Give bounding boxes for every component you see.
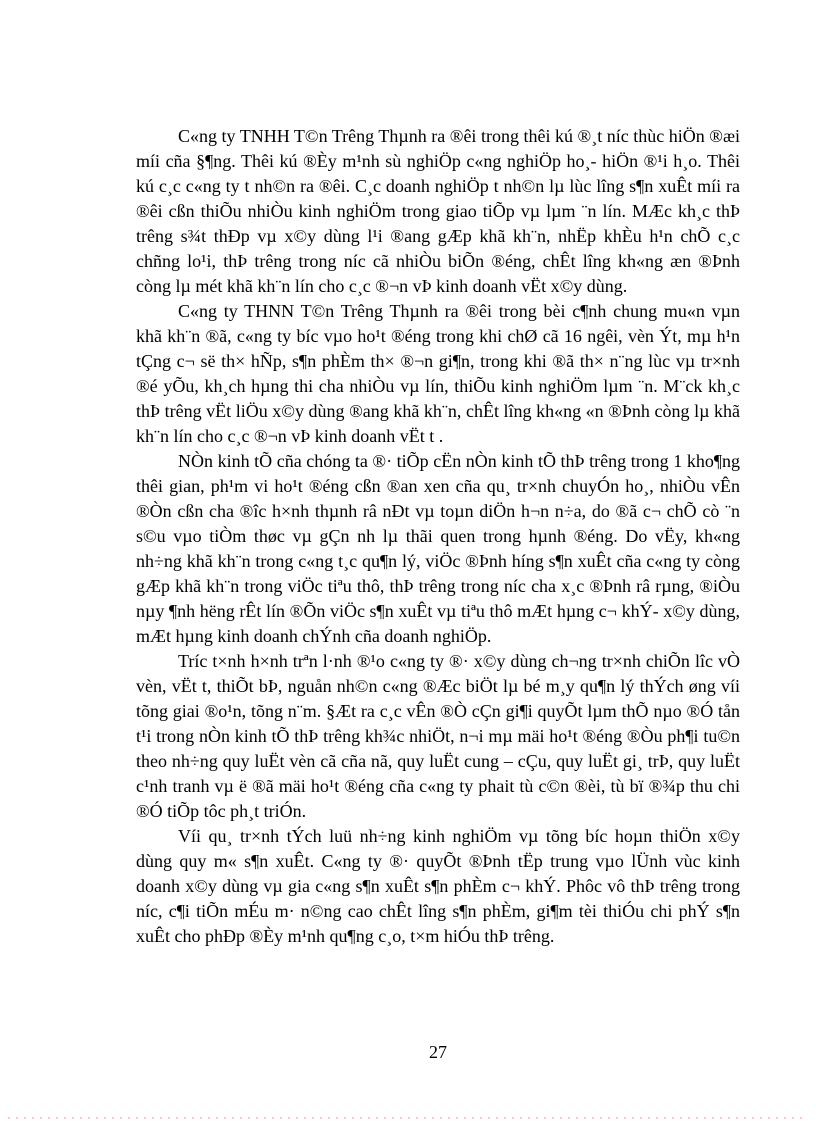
page-boundary-dotted-line [8, 1117, 808, 1119]
paragraph: Víi qu¸ tr×nh tÝch luü nh÷ng kinh nghiÖm… [136, 824, 740, 949]
page-number: 27 [136, 1041, 740, 1063]
paragraph: Tríc t×nh h×nh trªn l·nh ®¹o c«ng ty ®· … [136, 649, 740, 824]
paragraph: C«ng ty TNHH T©n Trêng Thµnh ra ®êi tron… [136, 124, 740, 299]
document-body: C«ng ty TNHH T©n Trêng Thµnh ra ®êi tron… [136, 124, 740, 949]
paragraph: C«ng ty THNN T©n Trêng Thµnh ra ®êi tron… [136, 299, 740, 449]
paragraph: NÒn kinh tÕ cña chóng ta ®· tiÕp cËn nÒn… [136, 449, 740, 649]
document-page: C«ng ty TNHH T©n Trêng Thµnh ra ®êi tron… [0, 0, 816, 1123]
